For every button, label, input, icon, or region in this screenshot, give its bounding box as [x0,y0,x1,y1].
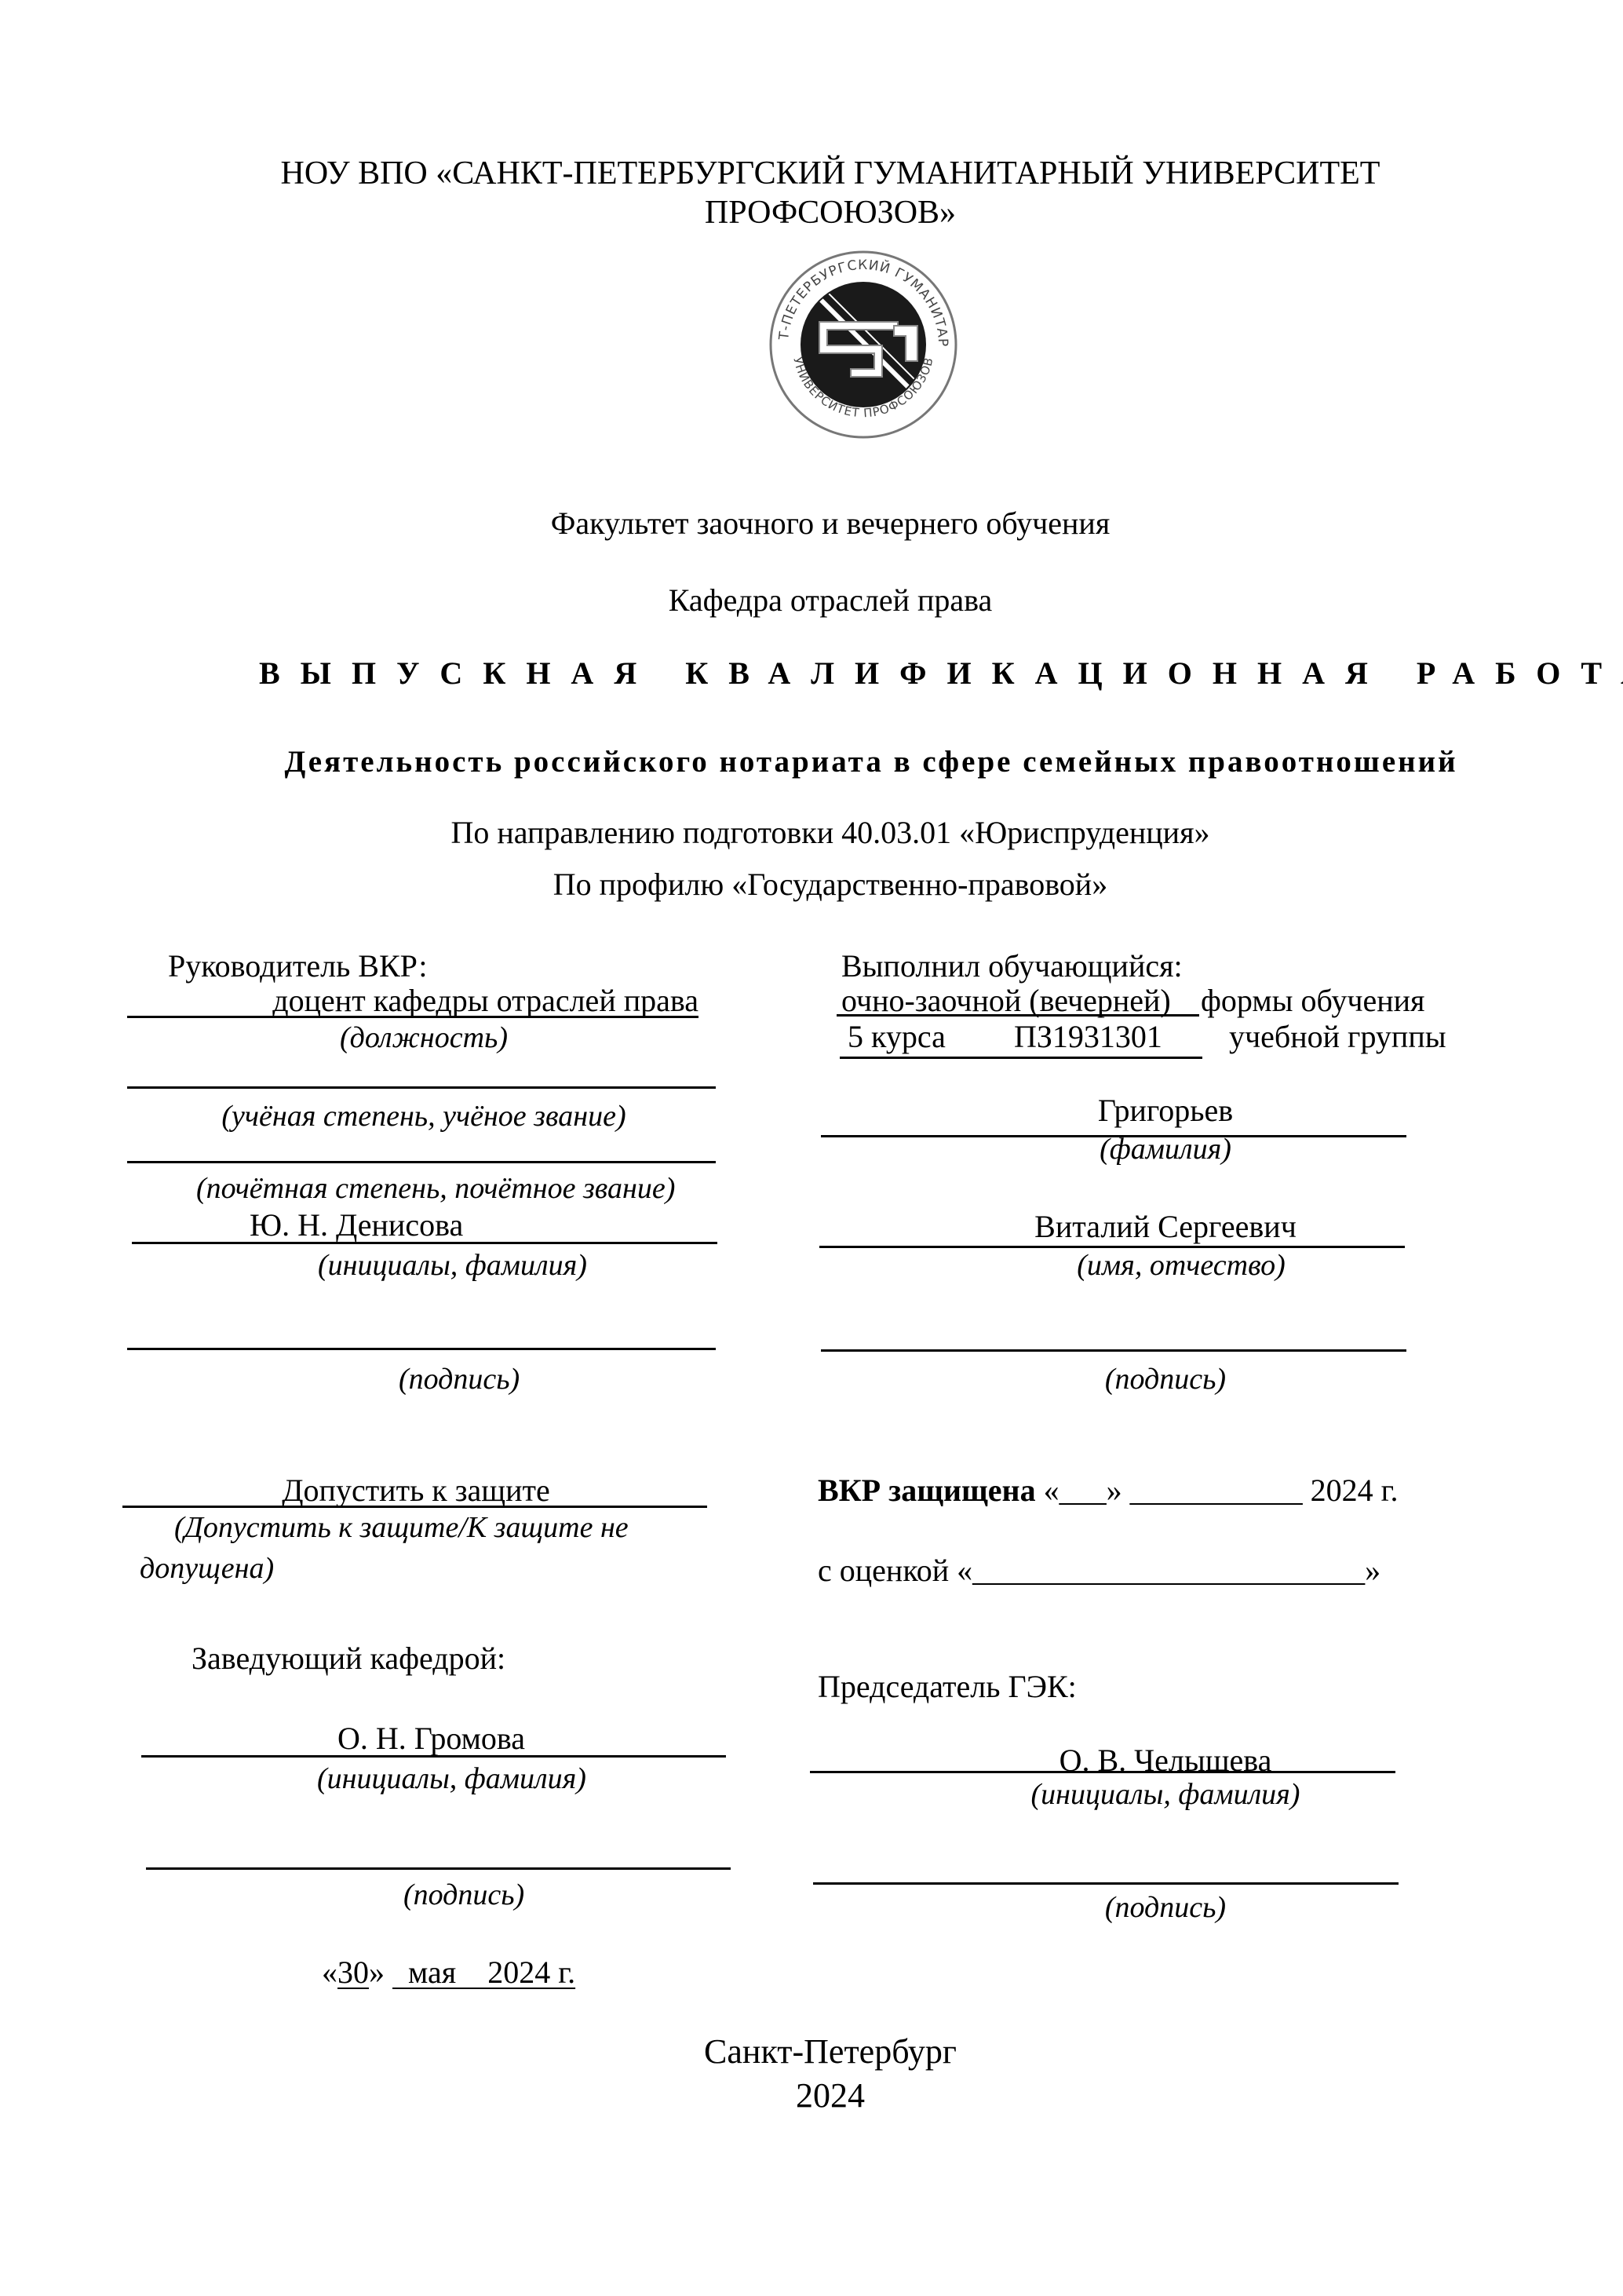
gek-chair-name-underline [810,1771,1395,1773]
supervisor-name-underline [132,1242,717,1244]
defense-date-line: ВКР защищена «___» ___________ 2024 г. [818,1473,1398,1509]
date-day-field[interactable]: 30 [337,1955,369,1990]
defended-label: ВКР защищена [818,1473,1036,1508]
student-label: Выполнил обучающийся: [841,948,1183,984]
study-profile: По профилю «Государственно-правовой» [0,867,1623,903]
student-study-form-underline [837,1014,1199,1017]
student-names-caption: (имя, отчество) [824,1248,1538,1283]
date-open-quote: « [322,1955,337,1990]
supervisor-label: Руководитель ВКР: [168,948,428,984]
student-group-underline [840,1057,1202,1059]
student-course-field[interactable]: 5 курса [848,1019,946,1055]
institution-name-line-1: НОУ ВПО «САНКТ-ПЕТЕРБУРГСКИЙ ГУМАНИТАРНЫ… [0,154,1623,193]
admission-decision-caption-line-1: (Допустить к защите/К защите не [174,1510,629,1545]
faculty-name: Факультет заочного и вечернего обучения [0,506,1623,542]
supervisor-degree-caption: (учёная степень, учёное звание) [126,1099,722,1133]
supervisor-name-field[interactable]: Ю. Н. Денисова [250,1207,463,1243]
supervisor-honorary-caption: (почётная степень, почётное звание) [196,1171,675,1206]
department-head-label: Заведующий кафедрой: [191,1641,505,1677]
student-group-suffix: учебной группы [1229,1019,1446,1055]
admission-decision-caption-line-2: допущена) [140,1551,274,1586]
student-study-form-suffix: формы обучения [1201,983,1424,1019]
work-type-heading: ВЫПУСКНАЯ КВАЛИФИКАЦИОННАЯ РАБОТА [259,655,1483,692]
year: 2024 [0,2075,1623,2116]
supervisor-honorary-field[interactable] [127,1161,716,1163]
institution-name-line-2: ПРОФСОЮЗОВ» [0,193,1623,232]
supervisor-signature-field[interactable] [127,1348,716,1350]
defense-grade-field[interactable]: с оценкой «_________________________» [818,1553,1380,1589]
defense-date-field[interactable]: «___» ___________ 2024 г. [1036,1473,1399,1508]
department-head-name-underline [141,1755,726,1758]
admission-decision-underline [122,1506,707,1508]
gek-chair-name-caption: (инициалы, фамилия) [824,1777,1507,1812]
admission-date: «30» мая 2024 г. [322,1955,575,1991]
student-surname-field[interactable]: Григорьев [824,1093,1507,1129]
thesis-topic: Деятельность российского нотариата в сфе… [235,744,1507,779]
study-direction: По направлению подготовки 40.03.01 «Юрис… [0,815,1623,851]
student-group-field[interactable]: ПЗ1931301 [1014,1019,1162,1055]
supervisor-name-caption: (инициалы, фамилия) [318,1248,587,1283]
supervisor-degree-field[interactable] [127,1086,716,1089]
university-seal-icon: САНКТ-ПЕТЕРБУРГСКИЙ ГУМАНИТАРНЫЙ УНИВЕРС… [764,243,962,446]
supervisor-position-field[interactable]: доцент кафедры отраслей права [251,983,698,1019]
city: Санкт-Петербург [0,2031,1623,2072]
department-name: Кафедра отраслей права [0,582,1623,619]
admission-decision-field[interactable]: Допустить к защите [126,1473,706,1509]
student-signature-field[interactable] [821,1349,1406,1352]
supervisor-signature-caption: (подпись) [399,1362,520,1396]
student-signature-caption: (подпись) [824,1362,1507,1396]
gek-chair-signature-caption: (подпись) [824,1890,1507,1925]
department-head-name-field[interactable]: О. Н. Громова [337,1721,525,1757]
student-surname-caption: (фамилия) [824,1132,1507,1166]
gek-chair-signature-field[interactable] [813,1882,1399,1885]
gek-chair-name-field[interactable]: О. В. Челышева [824,1743,1507,1779]
gek-chair-label: Председатель ГЭК: [818,1669,1077,1705]
date-close-quote: » [369,1955,385,1990]
supervisor-position-underline [127,1016,698,1018]
department-head-name-caption: (инициалы, фамилия) [317,1761,586,1796]
student-names-field[interactable]: Виталий Сергеевич [824,1209,1507,1245]
department-head-signature-field[interactable] [146,1867,731,1870]
department-head-signature-caption: (подпись) [403,1878,524,1912]
supervisor-position-caption: (должность) [126,1020,722,1055]
date-month-year-field[interactable]: мая 2024 г. [392,1955,575,1990]
